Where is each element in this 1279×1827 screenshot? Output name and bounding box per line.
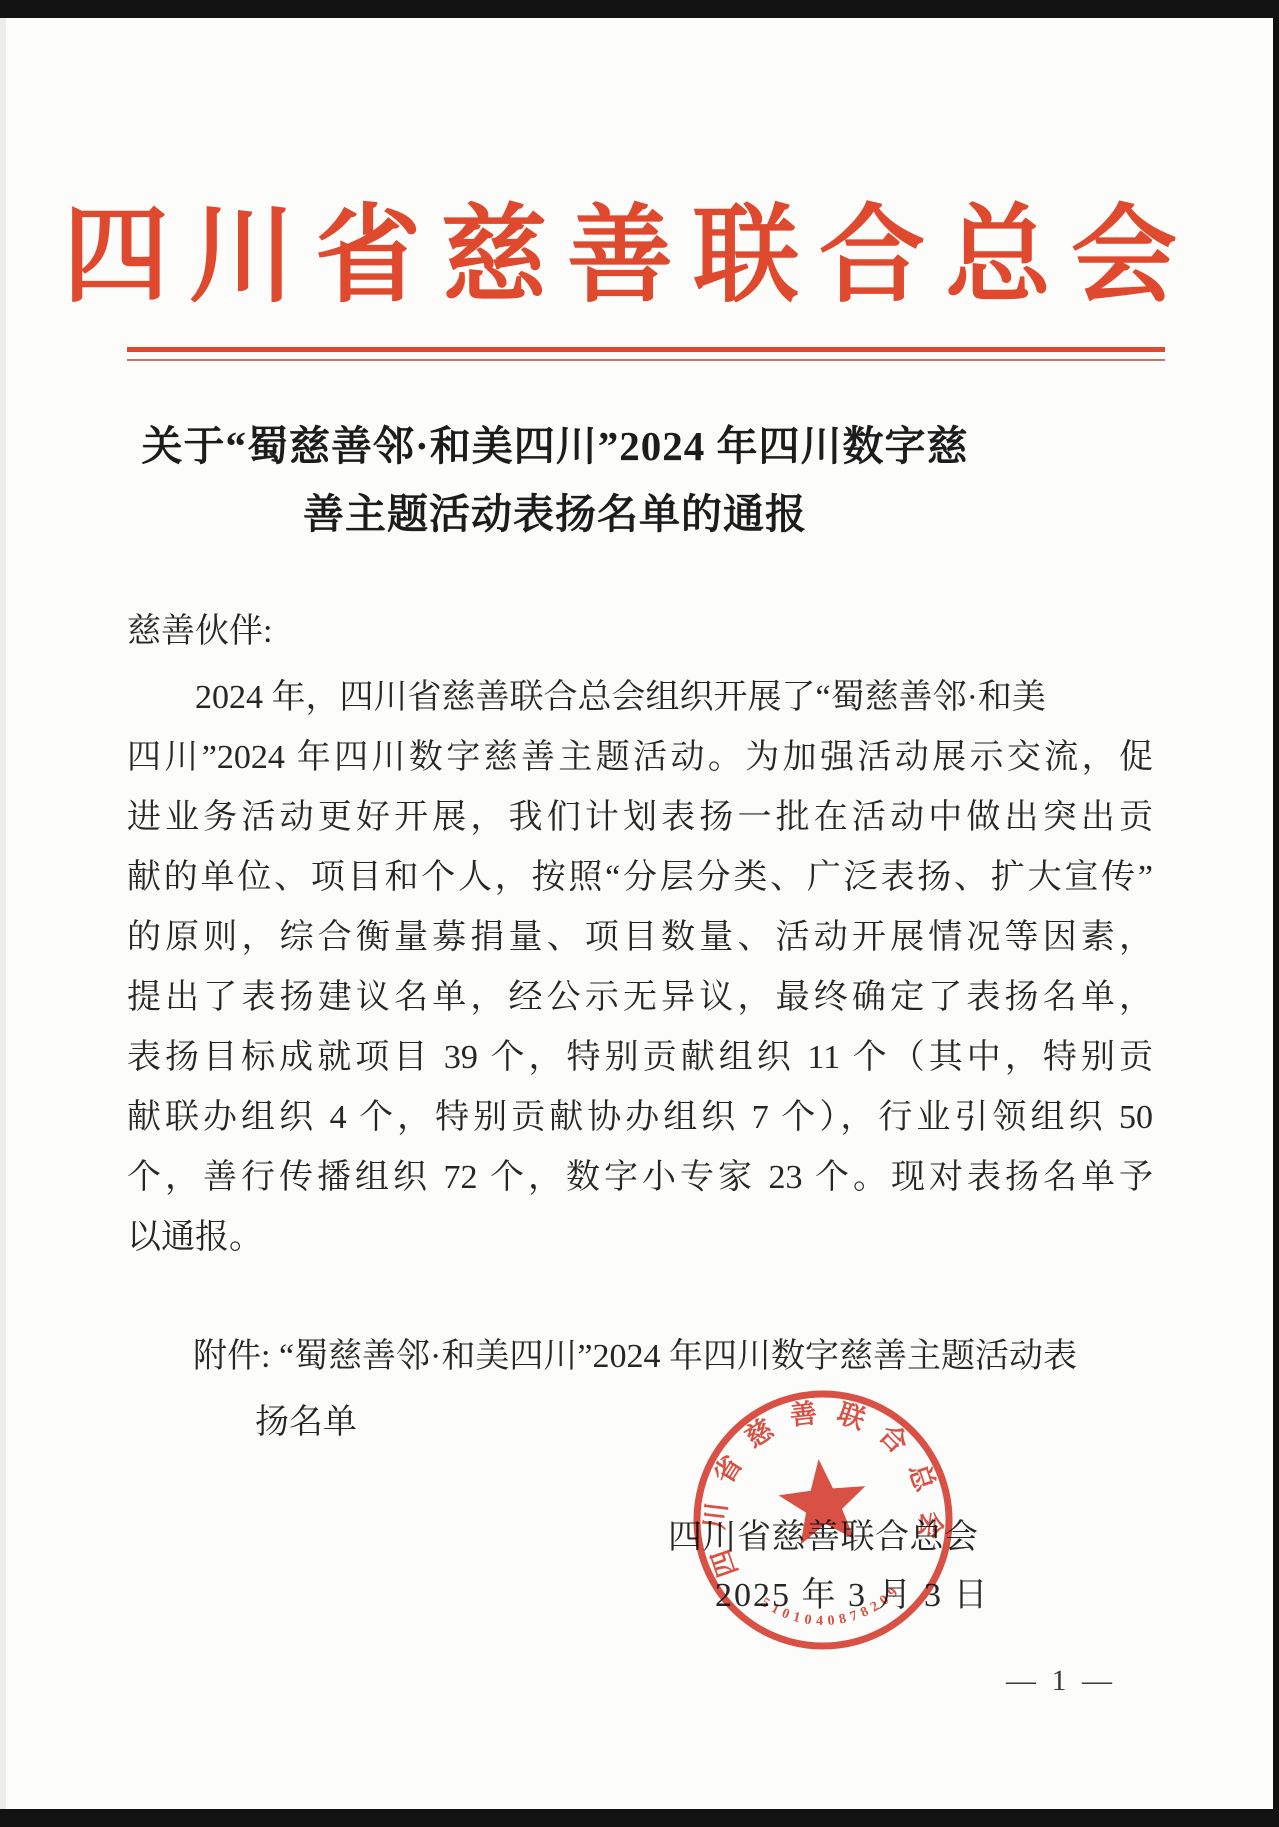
scanned-notice-page: { "doc": { "colors": { "accent": "#df4a2… xyxy=(0,0,1279,1827)
body-paragraph: 2024 年，四川省慈善联合总会组织开展了“蜀慈善邻·和美 四川”2024 年四… xyxy=(127,668,1153,1268)
paragraph-line: 献的单位、项目和个人，按照“分层分类、广泛表扬、扩大宣传” xyxy=(127,848,1153,908)
paragraph-line: 个，善行传播组织 72 个，数字小专家 23 个。现对表扬名单予 xyxy=(127,1148,1153,1208)
letterhead-org-name: 四川省慈善联合总会 xyxy=(0,198,1260,317)
official-seal: 四川省慈善联合总会 5101040878209 xyxy=(675,1372,972,1669)
letterhead-rule-thick xyxy=(127,347,1165,352)
paragraph-line: 表扬目标成就项目 39 个，特别贡献组织 11 个（其中，特别贡 xyxy=(127,1028,1153,1088)
paragraph-line: 以通报。 xyxy=(127,1208,1153,1268)
letterhead-rule-thin xyxy=(127,359,1165,361)
attachment-line1: 附件: “蜀慈善邻·和美四川”2024 年四川数字慈善主题活动表 xyxy=(127,1324,1157,1390)
paragraph-line: 献联办组织 4 个，特别贡献协办组织 7 个），行业引领组织 50 xyxy=(127,1088,1153,1148)
salutation: 慈善伙伴: xyxy=(127,608,272,656)
star-icon xyxy=(775,1455,871,1547)
document-title-line2: 善主题活动表扬名单的通报 xyxy=(0,480,1110,548)
document-title: 关于“蜀慈善邻·和美四川”2024 年四川数字慈 善主题活动表扬名单的通报 xyxy=(0,412,1110,548)
paragraph-line: 2024 年，四川省慈善联合总会组织开展了“蜀慈善邻·和美 xyxy=(127,668,1153,728)
scan-edge-right xyxy=(1273,0,1279,1827)
attachment-note: 附件: “蜀慈善邻·和美四川”2024 年四川数字慈善主题活动表 扬名单 xyxy=(127,1324,1157,1456)
document-title-line1: 关于“蜀慈善邻·和美四川”2024 年四川数字慈 xyxy=(0,412,1110,480)
scan-edge-top xyxy=(0,0,1279,18)
paragraph-line: 四川”2024 年四川数字慈善主题活动。为加强活动展示交流，促 xyxy=(127,728,1153,788)
scan-edge-bottom xyxy=(0,1809,1279,1827)
paragraph-line: 的原则，综合衡量募捐量、项目数量、活动开展情况等因素， xyxy=(127,908,1153,968)
page-number: — 1 — xyxy=(1006,1664,1116,1698)
paragraph-line: 提出了表扬建议名单，经公示无异议，最终确定了表扬名单， xyxy=(127,968,1153,1028)
paragraph-line: 进业务活动更好开展，我们计划表扬一批在活动中做出突出贡 xyxy=(127,788,1153,848)
attachment-line2: 扬名单 xyxy=(127,1390,1157,1456)
